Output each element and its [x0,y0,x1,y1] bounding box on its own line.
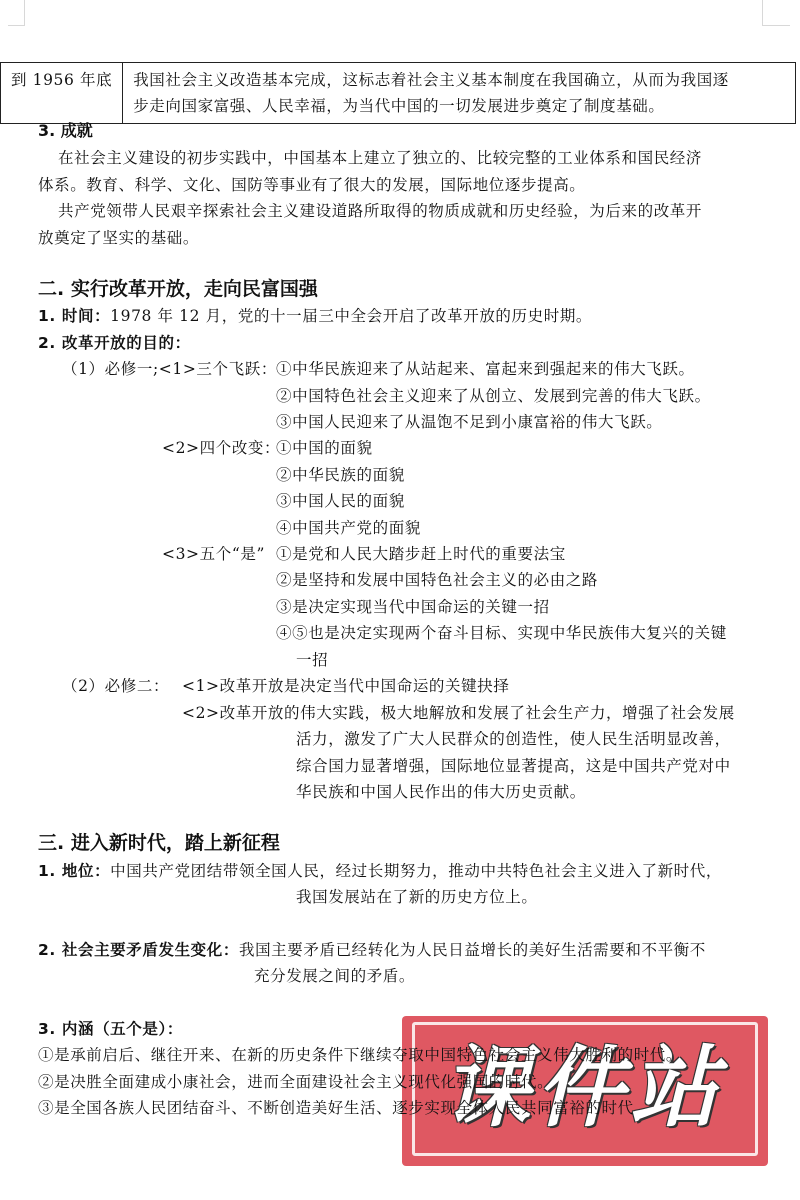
shi-item: ②是坚持和发展中国特色社会主义的必由之路 [276,567,598,593]
leap-item: ①中华民族迎来了从站起来、富起来到强起来的伟大飞跃。 [276,356,695,382]
contradiction-label: 2. 社会主要矛盾发生变化： [38,941,239,959]
req2-label: （2）必修二： [62,673,169,699]
req2-item-cont: 华民族和中国人民作出的伟大历史贡献。 [296,779,586,805]
connotation-item: ①是承前启后、继往开来、在新的历史条件下继续夺取中国特色社会主义伟大胜利的时代。 [38,1042,682,1068]
table-cell-content: 我国社会主义改造基本完成，这标志着社会主义基本制度在我国确立，从而为我国逐 步走… [123,63,796,124]
achievements-paragraph-1-cont: 体系。教育、科学、文化、国防等事业有了很大的发展，国际地位逐步提高。 [38,172,585,198]
changes-label: <2>四个改变： [162,435,280,461]
leaps-label: <1>三个飞跃： [159,360,277,378]
connotation-item: ②是决胜全面建成小康社会，进而全面建设社会主义现代化强国的时代。 [38,1069,553,1095]
section-2-heading: 二. 实行改革开放，走向民富国强 [38,274,318,304]
change-item: ②中华民族的面貌 [276,462,405,488]
leap-item: ②中国特色社会主义迎来了从创立、发展到完善的伟大飞跃。 [276,383,711,409]
status-text-cont: 我国发展站在了新的历史方位上。 [296,884,538,910]
change-item: ①中国的面貌 [276,435,373,461]
req2-item-cont: 活力，激发了广大人民群众的创造性，使人民生活明显改善， [296,726,731,752]
contradiction-text: 我国主要矛盾已经转化为人民日益增长的美好生活需要和不平衡不 [239,941,706,959]
req1-label: （1）必修一;<1>三个飞跃： [62,356,277,382]
reform-time-text: 1978 年 12 月，党的十一届三中全会开启了改革开放的历史时期。 [110,307,592,325]
contradiction-text-cont: 充分发展之间的矛盾。 [254,963,415,989]
achievements-paragraph-1: 在社会主义建设的初步实践中，中国基本上建立了独立的、比较完整的工业体系和国民经济 [58,145,702,171]
contradiction-line: 2. 社会主要矛盾发生变化：我国主要矛盾已经转化为人民日益增长的美好生活需要和不… [38,937,706,963]
table-cell-content-line: 步走向国家富强、人民幸福，为当代中国的一切发展进步奠定了制度基础。 [133,93,785,119]
shi-item: ①是党和人民大踏步赶上时代的重要法宝 [276,541,566,567]
change-item: ③中国人民的面貌 [276,488,405,514]
connotation-item: ③是全国各族人民团结奋斗、不断创造美好生活、逐步实现全体人民共同富裕的时代 [38,1095,634,1121]
history-table: 到 1956 年底 我国社会主义改造基本完成，这标志着社会主义基本制度在我国确立… [0,62,796,124]
table-cell-period: 到 1956 年底 [1,63,123,124]
status-line: 1. 地位：中国共产党团结带领全国人民，经过长期努力，推动中共特色社会主义进入了… [38,858,722,884]
shi-label: <3>五个“是” [162,541,265,567]
achievements-paragraph-2: 共产党领带人民艰辛探索社会主义建设道路所取得的物质成就和历史经验，为后来的改革开 [58,198,702,224]
req1-label-text: （1）必修一; [62,360,159,378]
req2-item-cont: 综合国力显著增强，国际地位显著提高，这是中国共产党对中 [296,753,731,779]
connotation-label: 3. 内涵（五个是）： [38,1016,183,1042]
section-3-heading: 三. 进入新时代，踏上新征程 [38,828,280,858]
leap-item: ③中国人民迎来了从温饱不足到小康富裕的伟大飞跃。 [276,409,662,435]
req2-item: <2>改革开放的伟大实践，极大地解放和发展了社会生产力，增强了社会发展 [182,700,735,726]
achievements-paragraph-2-cont: 放奠定了坚实的基础。 [38,225,199,251]
table-row: 到 1956 年底 我国社会主义改造基本完成，这标志着社会主义基本制度在我国确立… [1,63,796,124]
req2-item: <1>改革开放是决定当代中国命运的关键抉择 [182,673,509,699]
shi-item-cont: 一招 [296,647,328,673]
shi-item: ④⑤也是决定实现两个奋斗目标、实现中华民族伟大复兴的关键 [276,620,727,646]
reform-time-label: 1. 时间： [38,307,110,325]
shi-item: ③是决定实现当代中国命运的关键一招 [276,594,550,620]
status-text: 中国共产党团结带领全国人民，经过长期努力，推动中共特色社会主义进入了新时代， [110,862,722,880]
reform-time: 1. 时间：1978 年 12 月，党的十一届三中全会开启了改革开放的历史时期。 [38,303,592,329]
change-item: ④中国共产党的面貌 [276,515,421,541]
reform-purpose-label: 2. 改革开放的目的： [38,330,191,356]
status-label: 1. 地位： [38,862,110,880]
achievements-heading: 3. 成就 [38,118,93,144]
table-cell-content-line: 我国社会主义改造基本完成，这标志着社会主义基本制度在我国确立，从而为我国逐 [133,67,785,93]
